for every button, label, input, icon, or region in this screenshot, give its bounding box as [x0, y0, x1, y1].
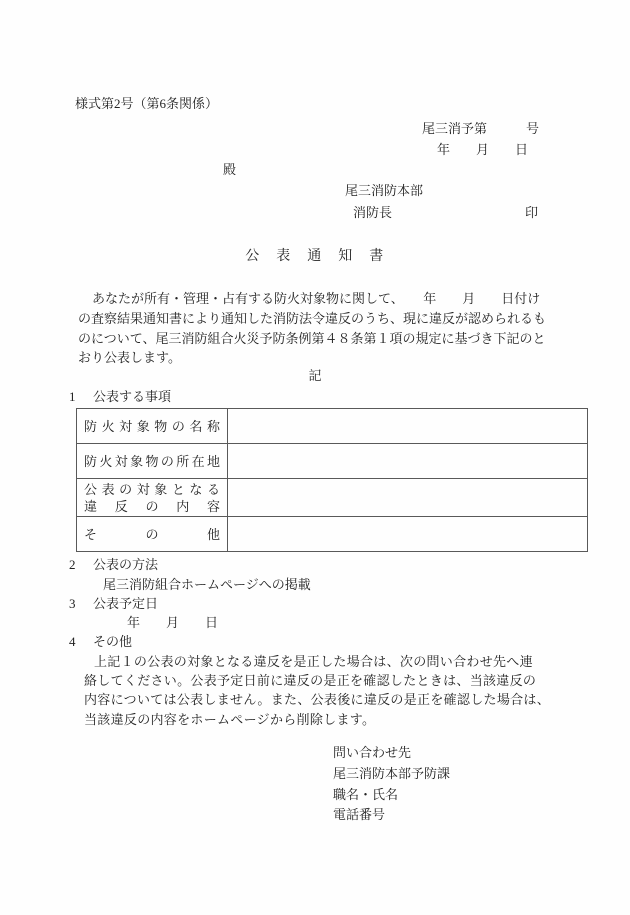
section2-number: 2 [69, 557, 93, 573]
section1-label: 公表する事項 [93, 389, 171, 405]
intro-line: あなたが所有・管理・占有する防火対象物に関して、 年 月 日付け [78, 289, 564, 309]
row-label-cell: 公表の対象となる 違反の内容 [77, 479, 228, 517]
row-label-cell: その他 [77, 517, 228, 552]
doc-number-line: 尾三消予第 号 [422, 121, 539, 137]
row-label-cell: 防火対象物の所在地 [77, 444, 228, 479]
intro-paragraph: あなたが所有・管理・占有する防火対象物に関して、 年 月 日付け の査察結果通知… [78, 289, 564, 368]
section4-heading: 4 その他 [69, 634, 132, 650]
section3-number: 3 [69, 596, 93, 612]
contact-person: 職名・氏名 [333, 785, 450, 806]
row-label: 防火対象物の名称 [84, 418, 220, 435]
form-number: 様式第2号（第6条関係） [75, 96, 218, 112]
row-value-cell [228, 479, 588, 517]
section4-line: 当該違反の内容をホームページから削除します。 [84, 710, 562, 729]
contact-department: 尾三消防本部予防課 [333, 764, 450, 785]
row-value-cell [228, 444, 588, 479]
section3-heading: 3 公表予定日 [69, 596, 158, 612]
section3-label: 公表予定日 [93, 596, 158, 612]
table-row-other: その他 [77, 517, 588, 552]
row-label-line2: 違反の内容 [84, 498, 220, 515]
contact-block: 問い合わせ先 尾三消防本部予防課 職名・氏名 電話番号 [333, 743, 450, 826]
section4-line: 内容については公表しません。また、公表後に違反の是正を確認した場合は、 [84, 690, 562, 709]
section4-label: その他 [93, 634, 132, 650]
section2-label: 公表の方法 [93, 557, 158, 573]
issuer-organization: 尾三消防本部 [345, 183, 423, 199]
table-row-violation-content: 公表の対象となる 違反の内容 [77, 479, 588, 517]
seal-mark: 印 [525, 205, 538, 221]
row-value-cell [228, 517, 588, 552]
section4-paragraph: 上記１の公表の対象となる違反を是正した場合は、次の問い合わせ先へ連 絡してくださ… [84, 652, 562, 729]
table-row-building-address: 防火対象物の所在地 [77, 444, 588, 479]
row-label: 防火対象物の所在地 [84, 453, 220, 470]
issuer-title-line: 消防長 印 [353, 205, 538, 221]
document-title: 公 表 通 知 書 [0, 249, 630, 265]
section3-date-line: 年 月 日 [127, 615, 218, 631]
issue-date-line: 年 月 日 [437, 142, 528, 158]
row-label: その他 [84, 526, 220, 543]
section4-line: 絡してください。公表予定日前に違反の是正を確認したときは、当該違反の [84, 671, 562, 690]
document-page: 様式第2号（第6条関係） 尾三消予第 号 年 月 日 殿 尾三消防本部 消防長 … [0, 0, 630, 915]
section1-heading: 1 公表する事項 [69, 389, 171, 405]
table-row-building-name: 防火対象物の名称 [77, 409, 588, 444]
section4-line: 上記１の公表の対象となる違反を是正した場合は、次の問い合わせ先へ連 [84, 652, 562, 671]
publication-items-table: 防火対象物の名称 防火対象物の所在地 公表の対象となる 違反の内容 その他 [76, 408, 588, 552]
contact-title: 問い合わせ先 [333, 743, 450, 764]
record-marker: 記 [0, 368, 630, 384]
section4-number: 4 [69, 634, 93, 650]
contact-phone: 電話番号 [333, 805, 450, 826]
row-label-line1: 公表の対象となる [84, 481, 220, 498]
row-label-cell: 防火対象物の名称 [77, 409, 228, 444]
intro-line: の査察結果通知書により通知した消防法令違反のうち、現に違反が認められるも [78, 309, 564, 329]
issuer-title: 消防長 [353, 205, 392, 221]
section1-number: 1 [69, 389, 93, 405]
section2-body: 尾三消防組合ホームページへの掲載 [103, 577, 311, 593]
row-value-cell [228, 409, 588, 444]
intro-line: のについて、尾三消防組合火災予防条例第４８条第１項の規定に基づき下記のと [78, 329, 564, 349]
section2-heading: 2 公表の方法 [69, 557, 158, 573]
intro-line: おり公表します。 [78, 348, 564, 368]
addressee-honorific: 殿 [223, 162, 236, 178]
